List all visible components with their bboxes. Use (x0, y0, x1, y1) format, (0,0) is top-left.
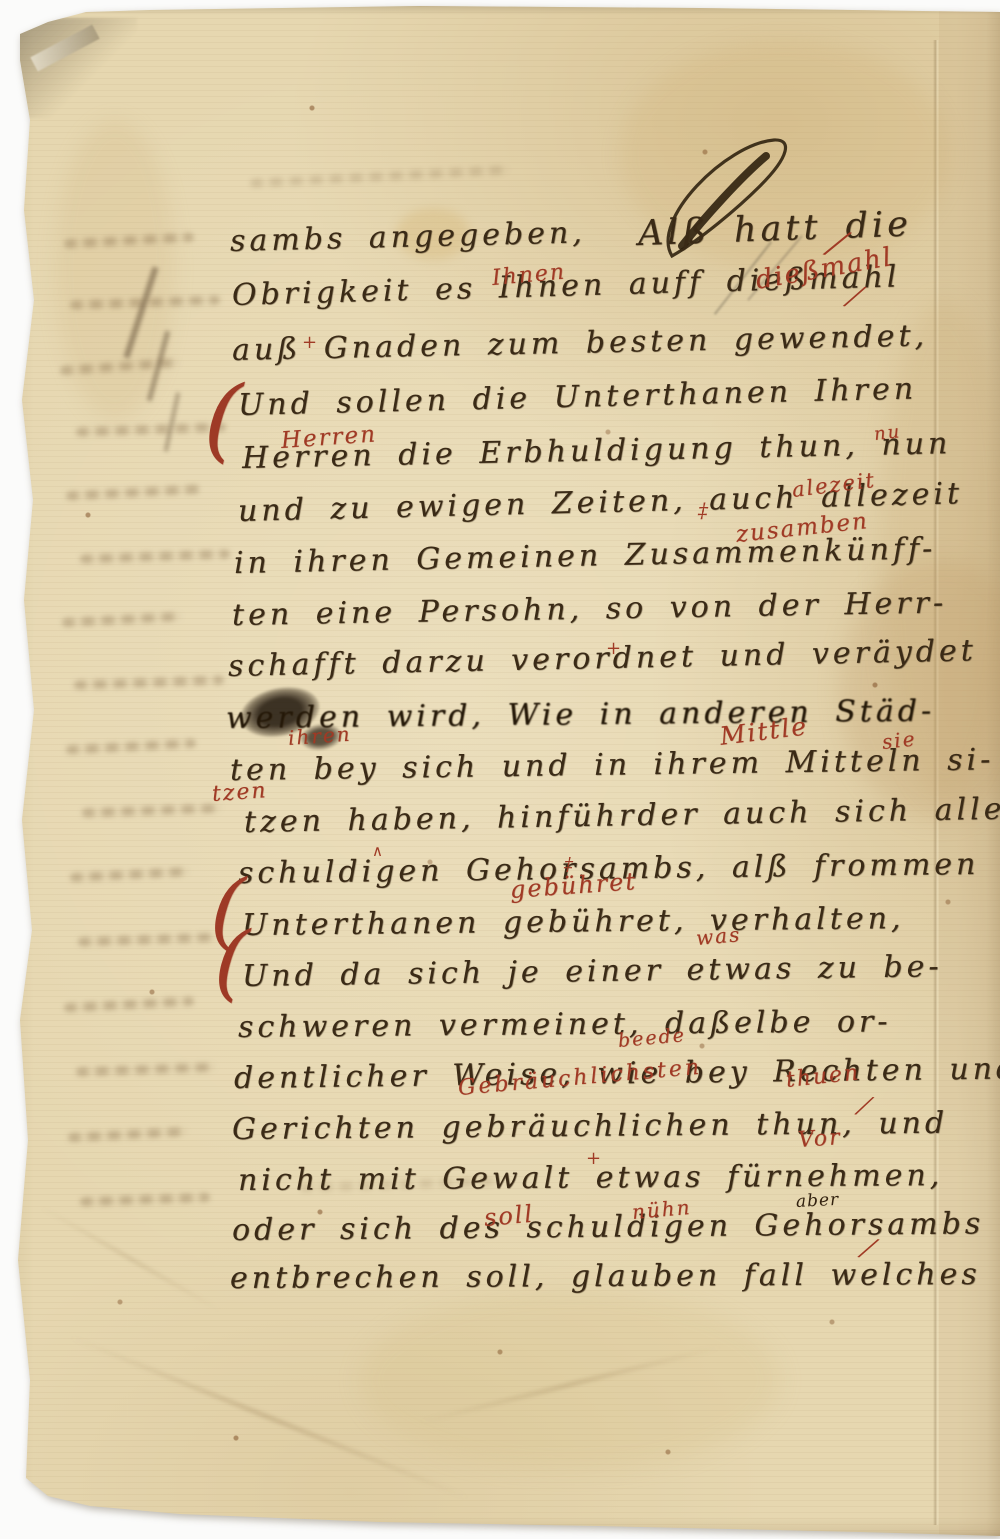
red-correction: Vor (797, 1125, 842, 1153)
paper-sheet: sambs angegeben, Alß hatt die Obrigkeit … (0, 0, 1000, 1539)
red-correction: tzen (211, 778, 268, 807)
red-margin-bracket: ( (212, 918, 251, 1004)
red-correction: ihren (287, 722, 352, 750)
red-correction: was (695, 922, 742, 950)
red-edit-mark: ‡ (564, 854, 573, 875)
ink-insertion: aber (795, 1190, 839, 1212)
scan-backdrop: sambs angegeben, Alß hatt die Obrigkeit … (0, 0, 1000, 1539)
manuscript-page: { "document": { "colors": { "background"… (0, 0, 1000, 1539)
red-edit-mark: + (606, 638, 621, 659)
red-correction: sie (881, 726, 918, 753)
red-edit-mark: ∧ (372, 842, 383, 860)
manuscript-line: schweren vermeinet, daßelbe or- (238, 1004, 892, 1045)
red-edit-mark: + (302, 332, 317, 353)
red-correction: soll (483, 1200, 535, 1232)
red-correction: nu (873, 421, 902, 445)
red-edit-mark: + (586, 1148, 601, 1169)
red-margin-bracket: ( (202, 372, 244, 466)
manuscript-line: Unterthanen gebühret, verhalten, (242, 901, 905, 943)
red-edit-mark: ‡ (698, 498, 708, 522)
